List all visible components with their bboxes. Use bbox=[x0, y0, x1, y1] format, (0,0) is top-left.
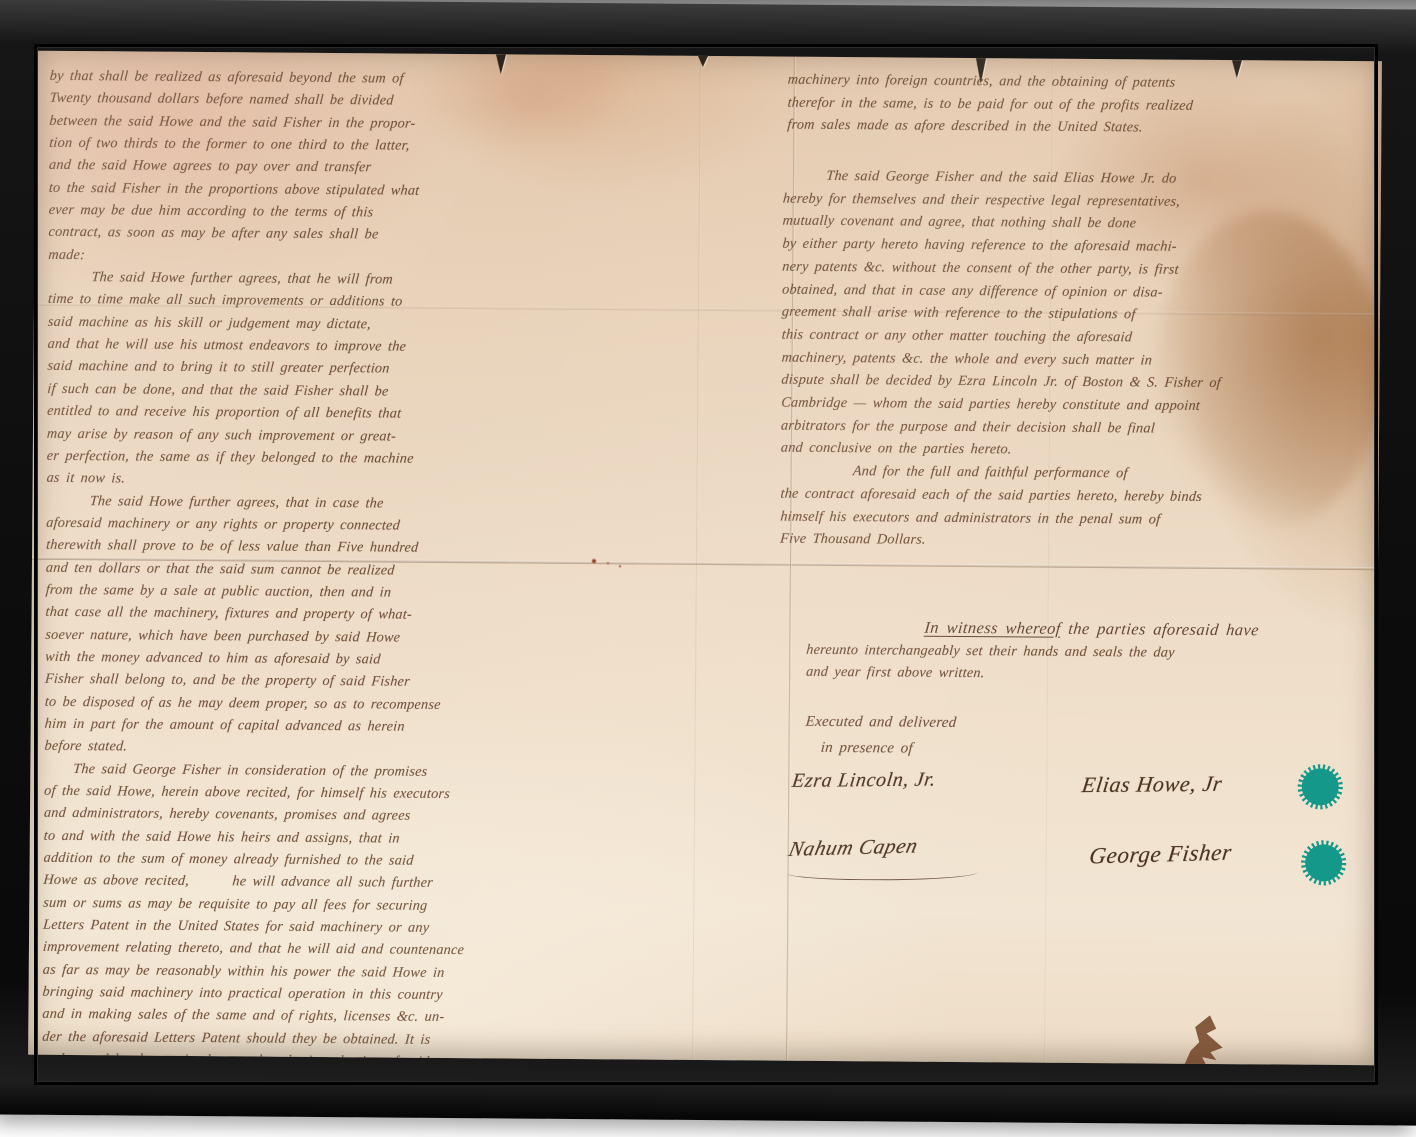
witness-heading: In witness whereof the parties aforesaid… bbox=[924, 618, 1382, 642]
signature-ezra-lincoln: Ezra Lincoln, Jr. bbox=[791, 769, 938, 793]
picture-frame: by that shall be realized as aforesaid b… bbox=[0, 0, 1416, 1126]
signature-nahum-capen: Nahum Capen bbox=[786, 833, 920, 861]
signature-elias-howe: Elias Howe, Jr bbox=[1080, 771, 1224, 798]
left-page: by that shall be realized as aforesaid b… bbox=[42, 65, 650, 1065]
execution-statement: Executed and delivered in presence of bbox=[805, 709, 956, 762]
wax-seal-icon bbox=[1296, 763, 1344, 811]
document-paper: by that shall be realized as aforesaid b… bbox=[28, 51, 1382, 1066]
signature-george-fisher: George Fisher bbox=[1088, 840, 1233, 870]
witness-lines: hereunto interchangeably set their hands… bbox=[806, 639, 1382, 688]
right-page-paragraph-1: machinery into foreign countries, and th… bbox=[787, 69, 1382, 142]
fold-crease-vertical bbox=[692, 56, 702, 1060]
ink-blot-stain bbox=[1167, 1012, 1240, 1065]
witness-clause: In witness whereof the parties aforesaid… bbox=[806, 617, 1382, 688]
handwritten-line: in presence of bbox=[805, 735, 958, 762]
witness-heading-rest: the parties aforesaid have bbox=[1060, 619, 1260, 640]
handwritten-line: Five Thousand Dollars. bbox=[779, 528, 1382, 555]
wax-seal-icon bbox=[1299, 839, 1347, 887]
handwritten-line: Executed and delivered bbox=[805, 709, 958, 736]
right-page-paragraph-2: The said George Fisher and the said Elia… bbox=[780, 165, 1382, 556]
witness-heading-underlined: In witness whereof bbox=[924, 618, 1062, 638]
signature-flourish bbox=[788, 865, 978, 881]
photograph-background: by that shall be realized as aforesaid b… bbox=[0, 0, 1416, 1137]
handwritten-line: and year first above written. bbox=[805, 661, 1382, 688]
handwritten-line: from sales made as afore described in th… bbox=[787, 114, 1382, 141]
paper-tear-notch bbox=[698, 56, 708, 67]
